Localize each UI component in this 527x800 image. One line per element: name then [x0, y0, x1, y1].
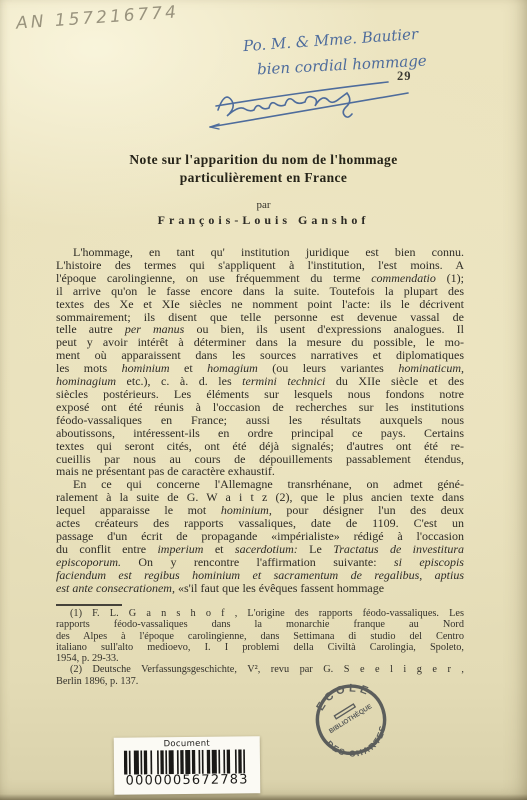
text-line: actes créateurs des rapports vassaliques…: [56, 517, 464, 530]
barcode-bars: [124, 749, 250, 774]
text-line: (2) Deutsche Verfassungsgeschichte, V², …: [56, 664, 464, 675]
text-line: exposé ont été réunis à l'occasion de re…: [56, 401, 464, 414]
byline: par: [0, 199, 527, 211]
text-line: siècles postérieurs. Les éléments sur le…: [56, 388, 464, 401]
handwritten-signature: [204, 77, 420, 133]
author-name: François-Louis Ganshof: [0, 213, 527, 228]
barcode-title: Document: [114, 736, 260, 750]
text-line: il arrive qu'on le fasse encore dans la …: [56, 285, 464, 298]
barcode-label: Document 0000005672783: [114, 736, 261, 795]
text-line: l'époque carolingienne, on use fréquemme…: [56, 272, 464, 285]
library-stamp: ECOLE DES CHARTES BIBLIOTHÈQUE: [305, 675, 397, 761]
barcode-number: 0000005672783: [114, 773, 260, 789]
text-line: est ante consecrationem, «s'il faut que …: [56, 582, 464, 595]
text-line: (1) F. L. G a n s h o f , L'origine des …: [56, 608, 464, 619]
footnote-separator: [56, 604, 122, 606]
pencil-accession-number: AN 157216774: [16, 2, 180, 33]
article-title-line-2: particulièrement en France: [0, 170, 527, 186]
scanned-page: AN 157216774 Po. M. & Mme. Bautier bien …: [0, 0, 527, 800]
text-line: Berlin 1896, p. 137.: [56, 676, 464, 687]
page-number: 29: [397, 69, 412, 84]
article-title-line-1: Note sur l'apparition du nom de l'hommag…: [0, 152, 527, 168]
text-line: des Alpes à l'époque carolingienne, dans…: [56, 631, 464, 642]
text-line: aboutissons, intéressent-ils en ordre pr…: [56, 427, 464, 440]
text-line: textes qui seront cités, ont été déjà si…: [56, 440, 464, 453]
text-line: 1954, p. 29-33.: [56, 653, 464, 664]
dedication-line-1: Po. M. & Mme. Bautier: [243, 25, 419, 55]
text-line: textes des Xe et XIe siècles ne nomment …: [56, 298, 464, 311]
text-line: rapports féodo-vassaliques dans la monar…: [56, 619, 464, 630]
text-line: L'hommage, en tant qu' institution jurid…: [56, 246, 464, 259]
footnotes: (1) F. L. G a n s h o f , L'origine des …: [56, 608, 464, 687]
body-text: L'hommage, en tant qu' institution jurid…: [56, 246, 464, 594]
text-line: féodo-vassaliques en France; aussi les r…: [56, 414, 464, 427]
text-line: italiano sull'alto medioevo, I. I proble…: [56, 642, 464, 653]
